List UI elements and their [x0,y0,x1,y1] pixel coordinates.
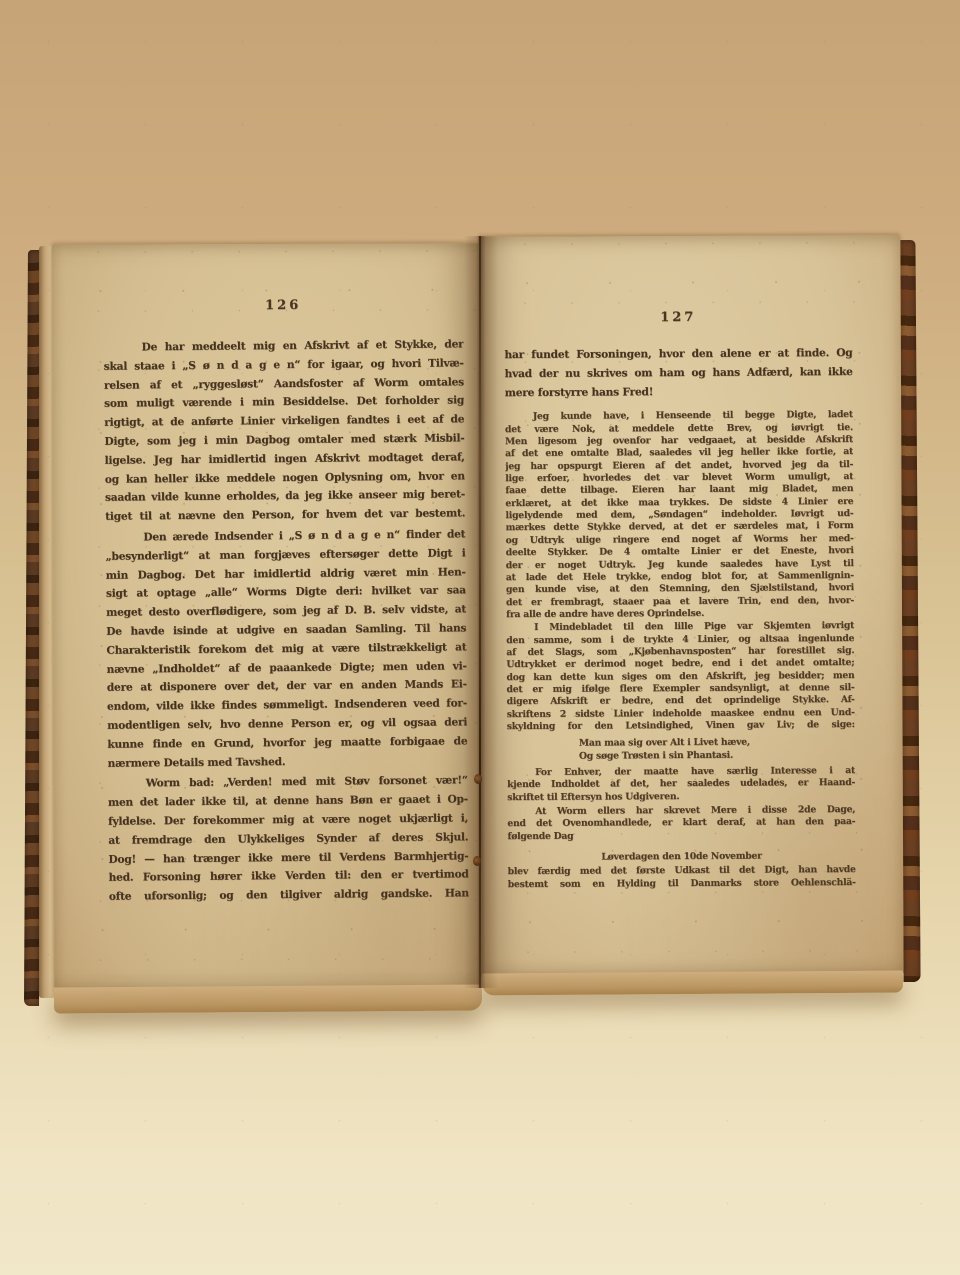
paragraph: blev færdig med det første Udkast til de… [508,864,856,891]
text-line: nærmere Details med Tavshed. [107,751,467,773]
book-photograph: 126 De har meddeelt mig en Afskrivt af e… [0,0,960,1275]
left-page-body: De har meddeelt mig en Afskrivt af et St… [103,335,468,906]
binding-thread [474,774,482,784]
text-line: end det Ovenomhandlede, er klart deraf, … [507,816,855,830]
right-page-bottom-edge [482,971,903,996]
text-line: Løverdagen den 10de November [508,850,856,864]
text-line: Og søge Trøsten i sin Phantasi. [507,749,855,763]
text-line: har fundet Forsoningen, hvor den alene e… [504,344,852,365]
left-page-bottom-edge [54,985,482,1014]
binding-thread [473,856,481,866]
paragraph: Jeg kunde have, i Henseende til begge Di… [505,409,854,621]
paragraph: I Mindebladet til den lille Pige var Skj… [506,620,855,733]
paragraph: For Enhver, der maatte have særlig Inter… [507,765,855,804]
text-line: bestemt som en Hylding til Danmarks stor… [508,877,856,891]
left-page-text: 126 De har meddeelt mig en Afskrivt af e… [103,296,469,906]
page-number-right: 127 [504,309,852,326]
text-line: fra alle de andre have deres Oprindelse. [506,607,854,621]
paragraph: har fundet Forsoningen, hvor den alene e… [504,344,852,403]
paragraph: De har meddeelt mig en Afskrivt af et St… [103,335,465,526]
text-line: hvad der nu skrives om ham og hans Adfær… [505,363,853,384]
text-line: kjende Indholdet af det, her saaledes ud… [507,777,855,791]
page-number-left: 126 [103,296,463,314]
text-line: tiget til at nævne den Person, for hvem … [105,504,465,526]
text-line: skriftet til Eftersyn hos Udgiveren. [507,790,855,804]
verse-quote: Man maa sig over Alt i Livet hæve,Og søg… [507,736,855,763]
paragraph: Den ærede Indsender i „S ø n d a g e n“ … [105,525,467,773]
text-line: det er frembragt, staaer paa et lavere T… [506,594,854,608]
text-line: skyldning for den Letsindighed, Vinen ga… [507,719,855,733]
text-line: mere forstyrre hans Fred! [505,382,853,403]
paragraph: Worm bad: „Verden! med mit Støv forsonet… [108,772,469,907]
text-line: ofte uforsonlig; og den tilgiver aldrig … [109,884,469,906]
paragraph: At Worm ellers har skrevet Mere i disse … [507,804,855,843]
open-book: 126 De har meddeelt mig en Afskrivt af e… [24,234,920,1016]
text-line: kunne finde en Grund, hvorfor jeg maatte… [107,732,467,754]
right-page-body: har fundet Forsoningen, hvor den alene e… [504,344,855,891]
right-page-text: 127 har fundet Forsoningen, hvor den ale… [504,309,856,891]
text-line: følgende Dag [507,829,855,843]
date-heading: Løverdagen den 10de November [508,850,856,864]
